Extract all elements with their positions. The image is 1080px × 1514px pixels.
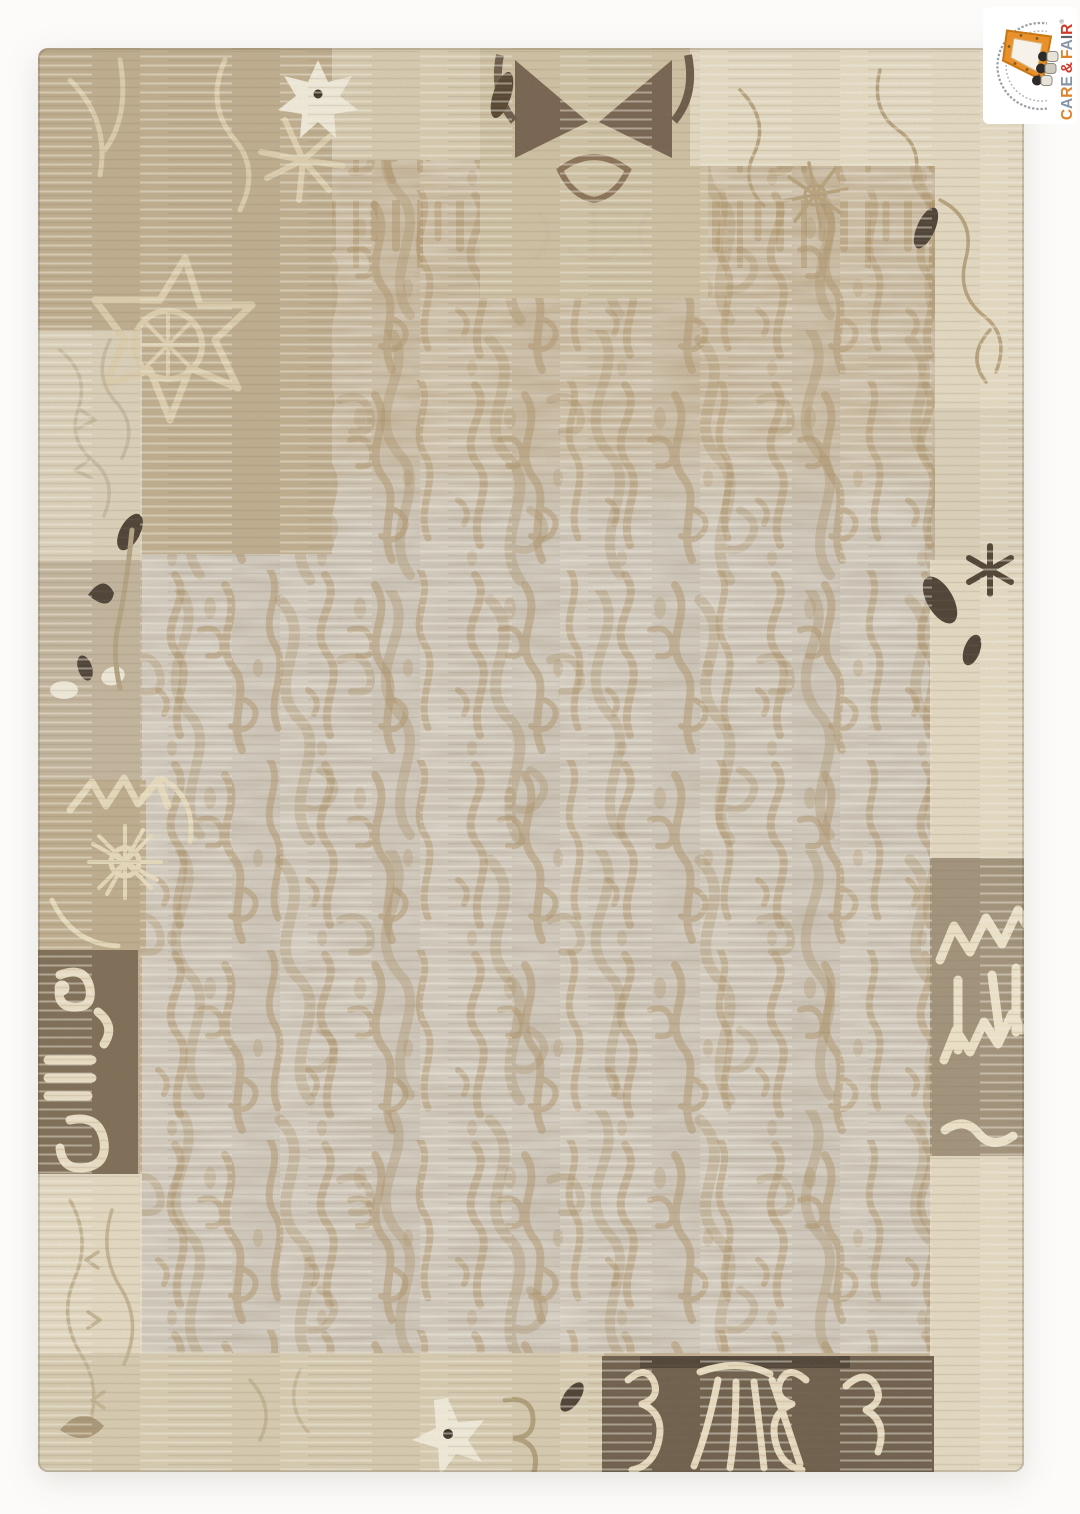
rug-image <box>0 0 1080 1514</box>
badge-wordmark: CARE&FAIR® <box>1058 18 1076 120</box>
product-photo-stage: CARE&FAIR® <box>0 0 1080 1514</box>
care-and-fair-badge-content: CARE&FAIR® <box>983 7 1077 124</box>
badge-registered-mark: ® <box>1058 18 1066 23</box>
care-and-fair-badge: CARE&FAIR® <box>983 7 1077 124</box>
badge-carpet-children-graphic <box>1003 30 1058 85</box>
